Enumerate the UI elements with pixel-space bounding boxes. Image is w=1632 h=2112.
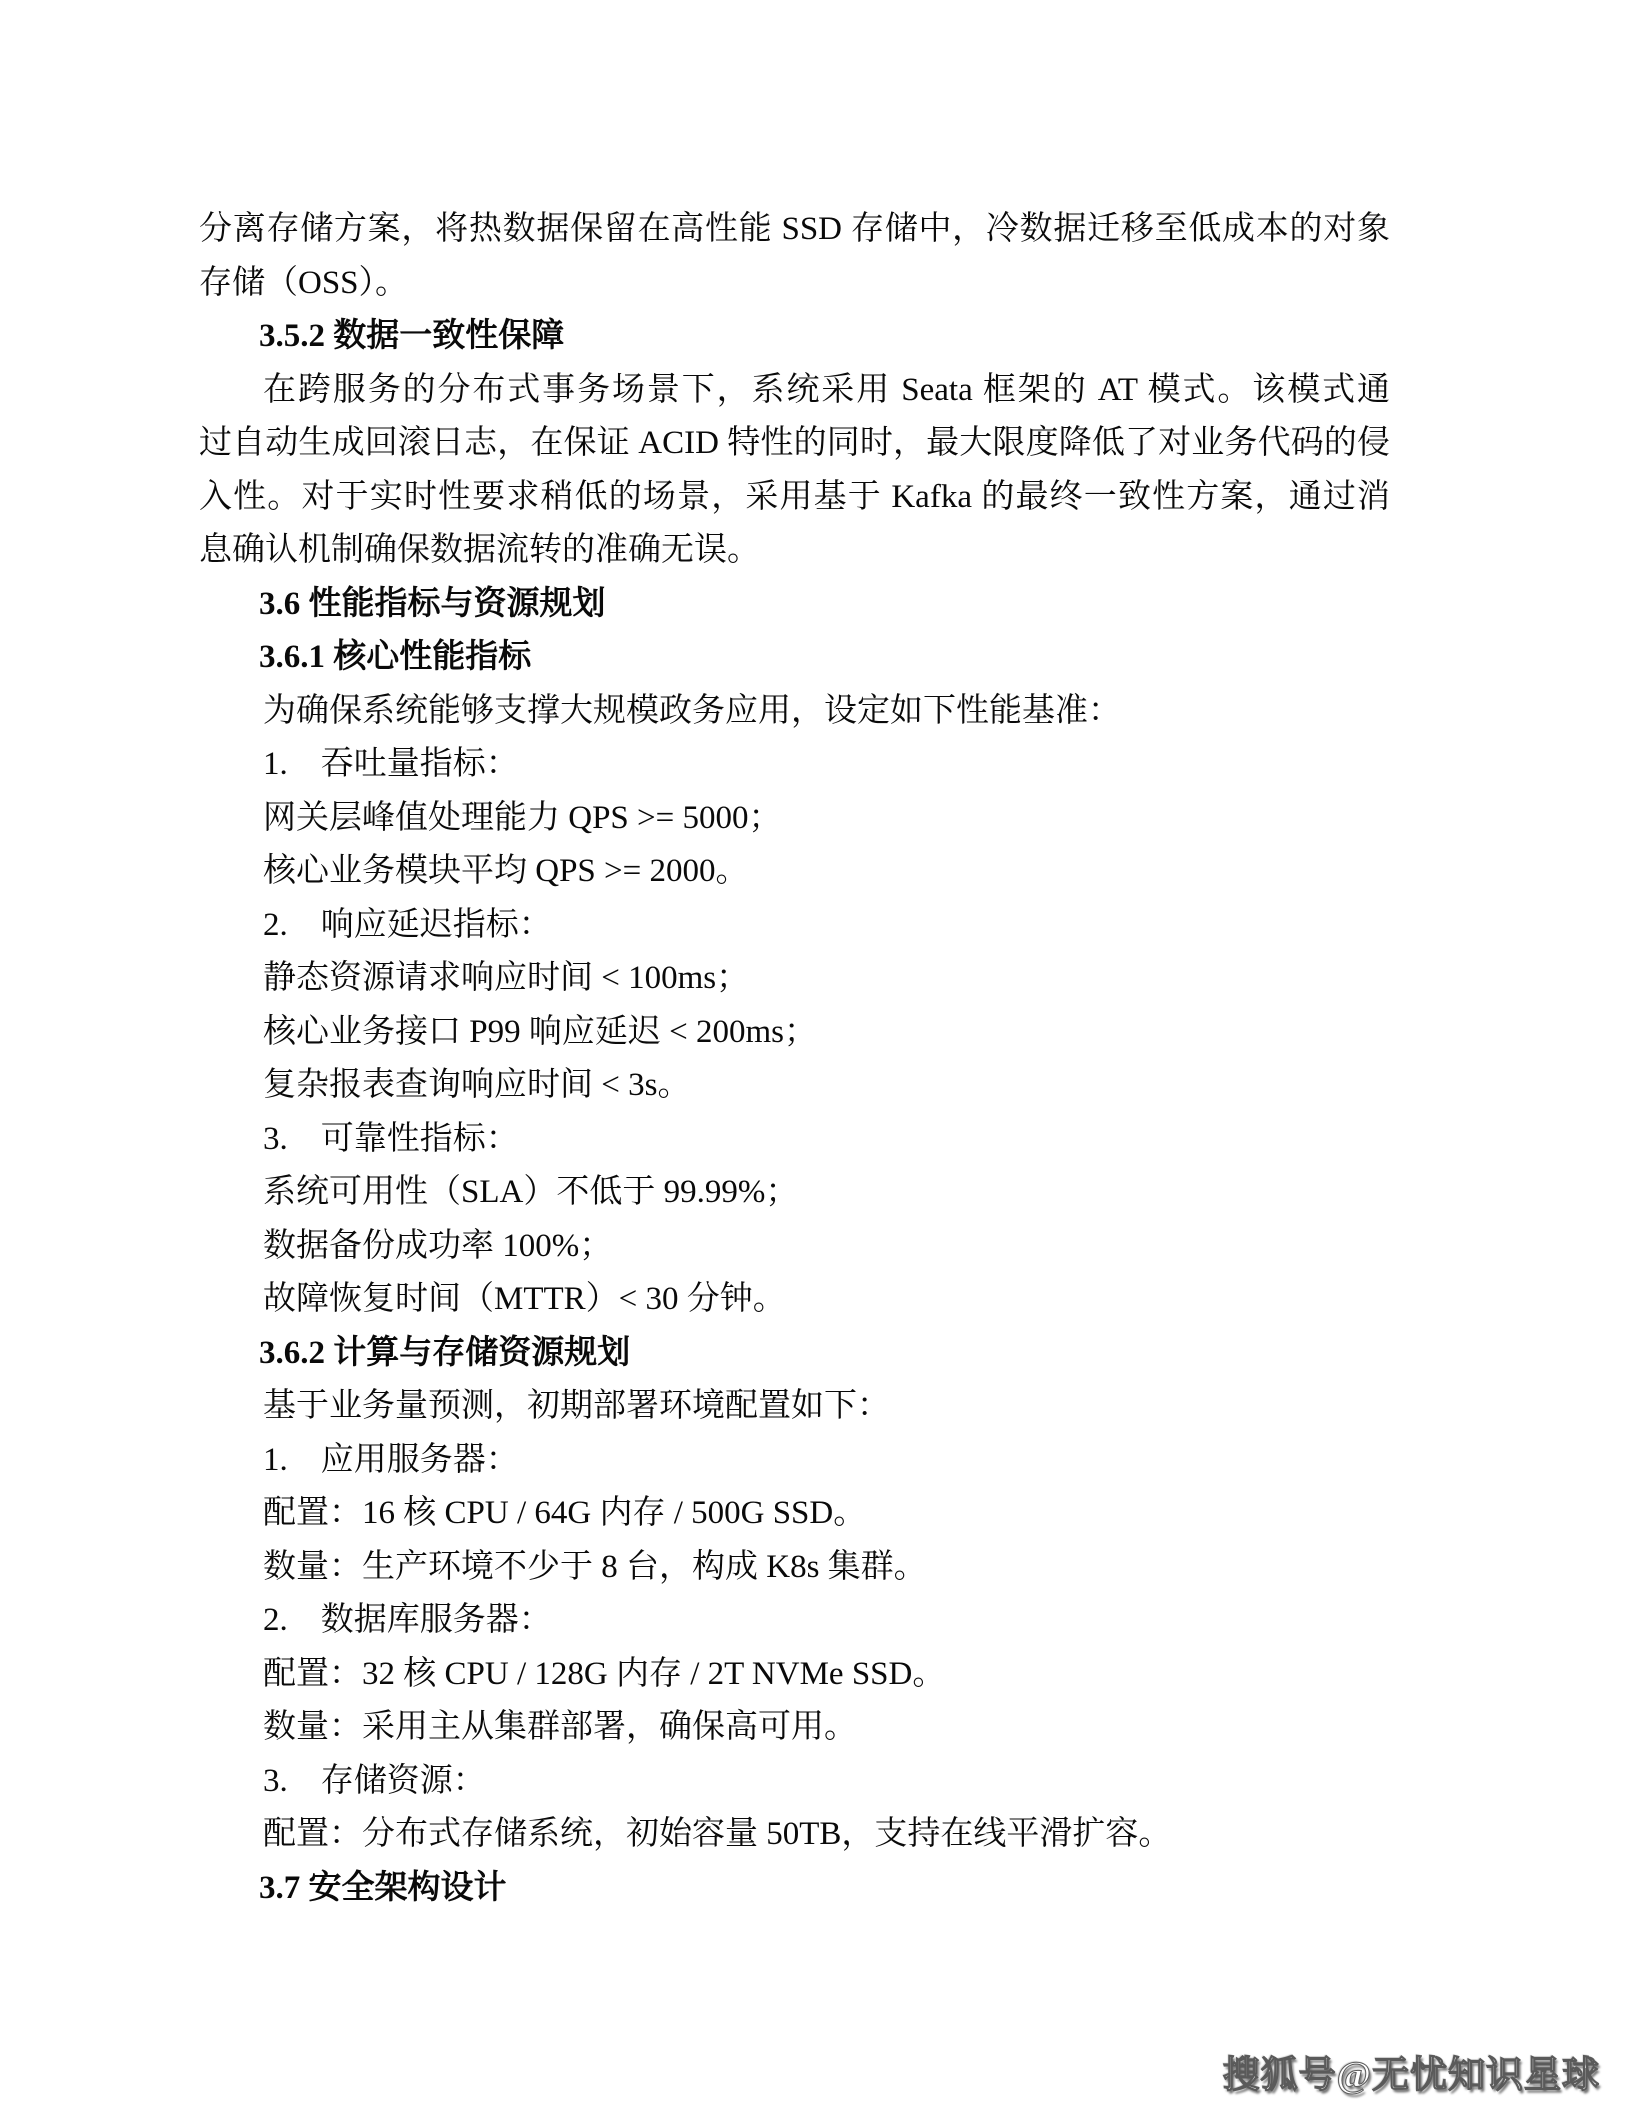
text-line: 分离存储方案，将热数据保留在高性能 SSD 存储中，冷数据迁移至低成本的对象 xyxy=(199,203,1390,257)
text-line: 故障恢复时间（MTTR）< 30 分钟。 xyxy=(199,1273,1390,1327)
text-line: 配置：32 核 CPU / 128G 内存 / 2T NVMe SSD。 xyxy=(199,1648,1390,1702)
section-heading: 3.7 安全架构设计 xyxy=(199,1862,1390,1916)
text-line: 3. 存储资源： xyxy=(199,1755,1390,1809)
document-page: 分离存储方案，将热数据保留在高性能 SSD 存储中，冷数据迁移至低成本的对象存储… xyxy=(0,0,1632,2112)
text-line: 1. 吞吐量指标： xyxy=(199,738,1390,792)
text-line: 过自动生成回滚日志，在保证 ACID 特性的同时，最大限度降低了对业务代码的侵 xyxy=(199,417,1390,471)
document-content: 分离存储方案，将热数据保留在高性能 SSD 存储中，冷数据迁移至低成本的对象存储… xyxy=(199,203,1390,1915)
text-line: 网关层峰值处理能力 QPS >= 5000； xyxy=(199,792,1390,846)
text-line: 2. 数据库服务器： xyxy=(199,1594,1390,1648)
text-line: 数量：采用主从集群部署，确保高可用。 xyxy=(199,1701,1390,1755)
text-line: 2. 响应延迟指标： xyxy=(199,899,1390,953)
section-heading: 3.6.1 核心性能指标 xyxy=(199,631,1390,685)
text-line: 在跨服务的分布式事务场景下，系统采用 Seata 框架的 AT 模式。该模式通 xyxy=(199,364,1390,418)
text-line: 静态资源请求响应时间 < 100ms； xyxy=(199,952,1390,1006)
section-heading: 3.6.2 计算与存储资源规划 xyxy=(199,1327,1390,1381)
text-line: 3. 可靠性指标： xyxy=(199,1113,1390,1167)
text-line: 存储（OSS）。 xyxy=(199,257,1390,311)
text-line: 系统可用性（SLA）不低于 99.99%； xyxy=(199,1166,1390,1220)
text-line: 基于业务量预测，初期部署环境配置如下： xyxy=(199,1380,1390,1434)
text-line: 为确保系统能够支撑大规模政务应用，设定如下性能基准： xyxy=(199,685,1390,739)
watermark: 搜狐号@无忧知识星球 xyxy=(1223,2044,1600,2098)
text-line: 复杂报表查询响应时间 < 3s。 xyxy=(199,1059,1390,1113)
text-line: 核心业务接口 P99 响应延迟 < 200ms； xyxy=(199,1006,1390,1060)
text-line: 1. 应用服务器： xyxy=(199,1434,1390,1488)
text-line: 数量：生产环境不少于 8 台，构成 K8s 集群。 xyxy=(199,1541,1390,1595)
text-line: 入性。对于实时性要求稍低的场景，采用基于 Kafka 的最终一致性方案，通过消 xyxy=(199,471,1390,525)
text-line: 数据备份成功率 100%； xyxy=(199,1220,1390,1274)
section-heading: 3.6 性能指标与资源规划 xyxy=(199,578,1390,632)
text-line: 息确认机制确保数据流转的准确无误。 xyxy=(199,524,1390,578)
text-line: 核心业务模块平均 QPS >= 2000。 xyxy=(199,845,1390,899)
section-heading: 3.5.2 数据一致性保障 xyxy=(199,310,1390,364)
text-line: 配置：16 核 CPU / 64G 内存 / 500G SSD。 xyxy=(199,1487,1390,1541)
text-line: 配置：分布式存储系统，初始容量 50TB，支持在线平滑扩容。 xyxy=(199,1808,1390,1862)
